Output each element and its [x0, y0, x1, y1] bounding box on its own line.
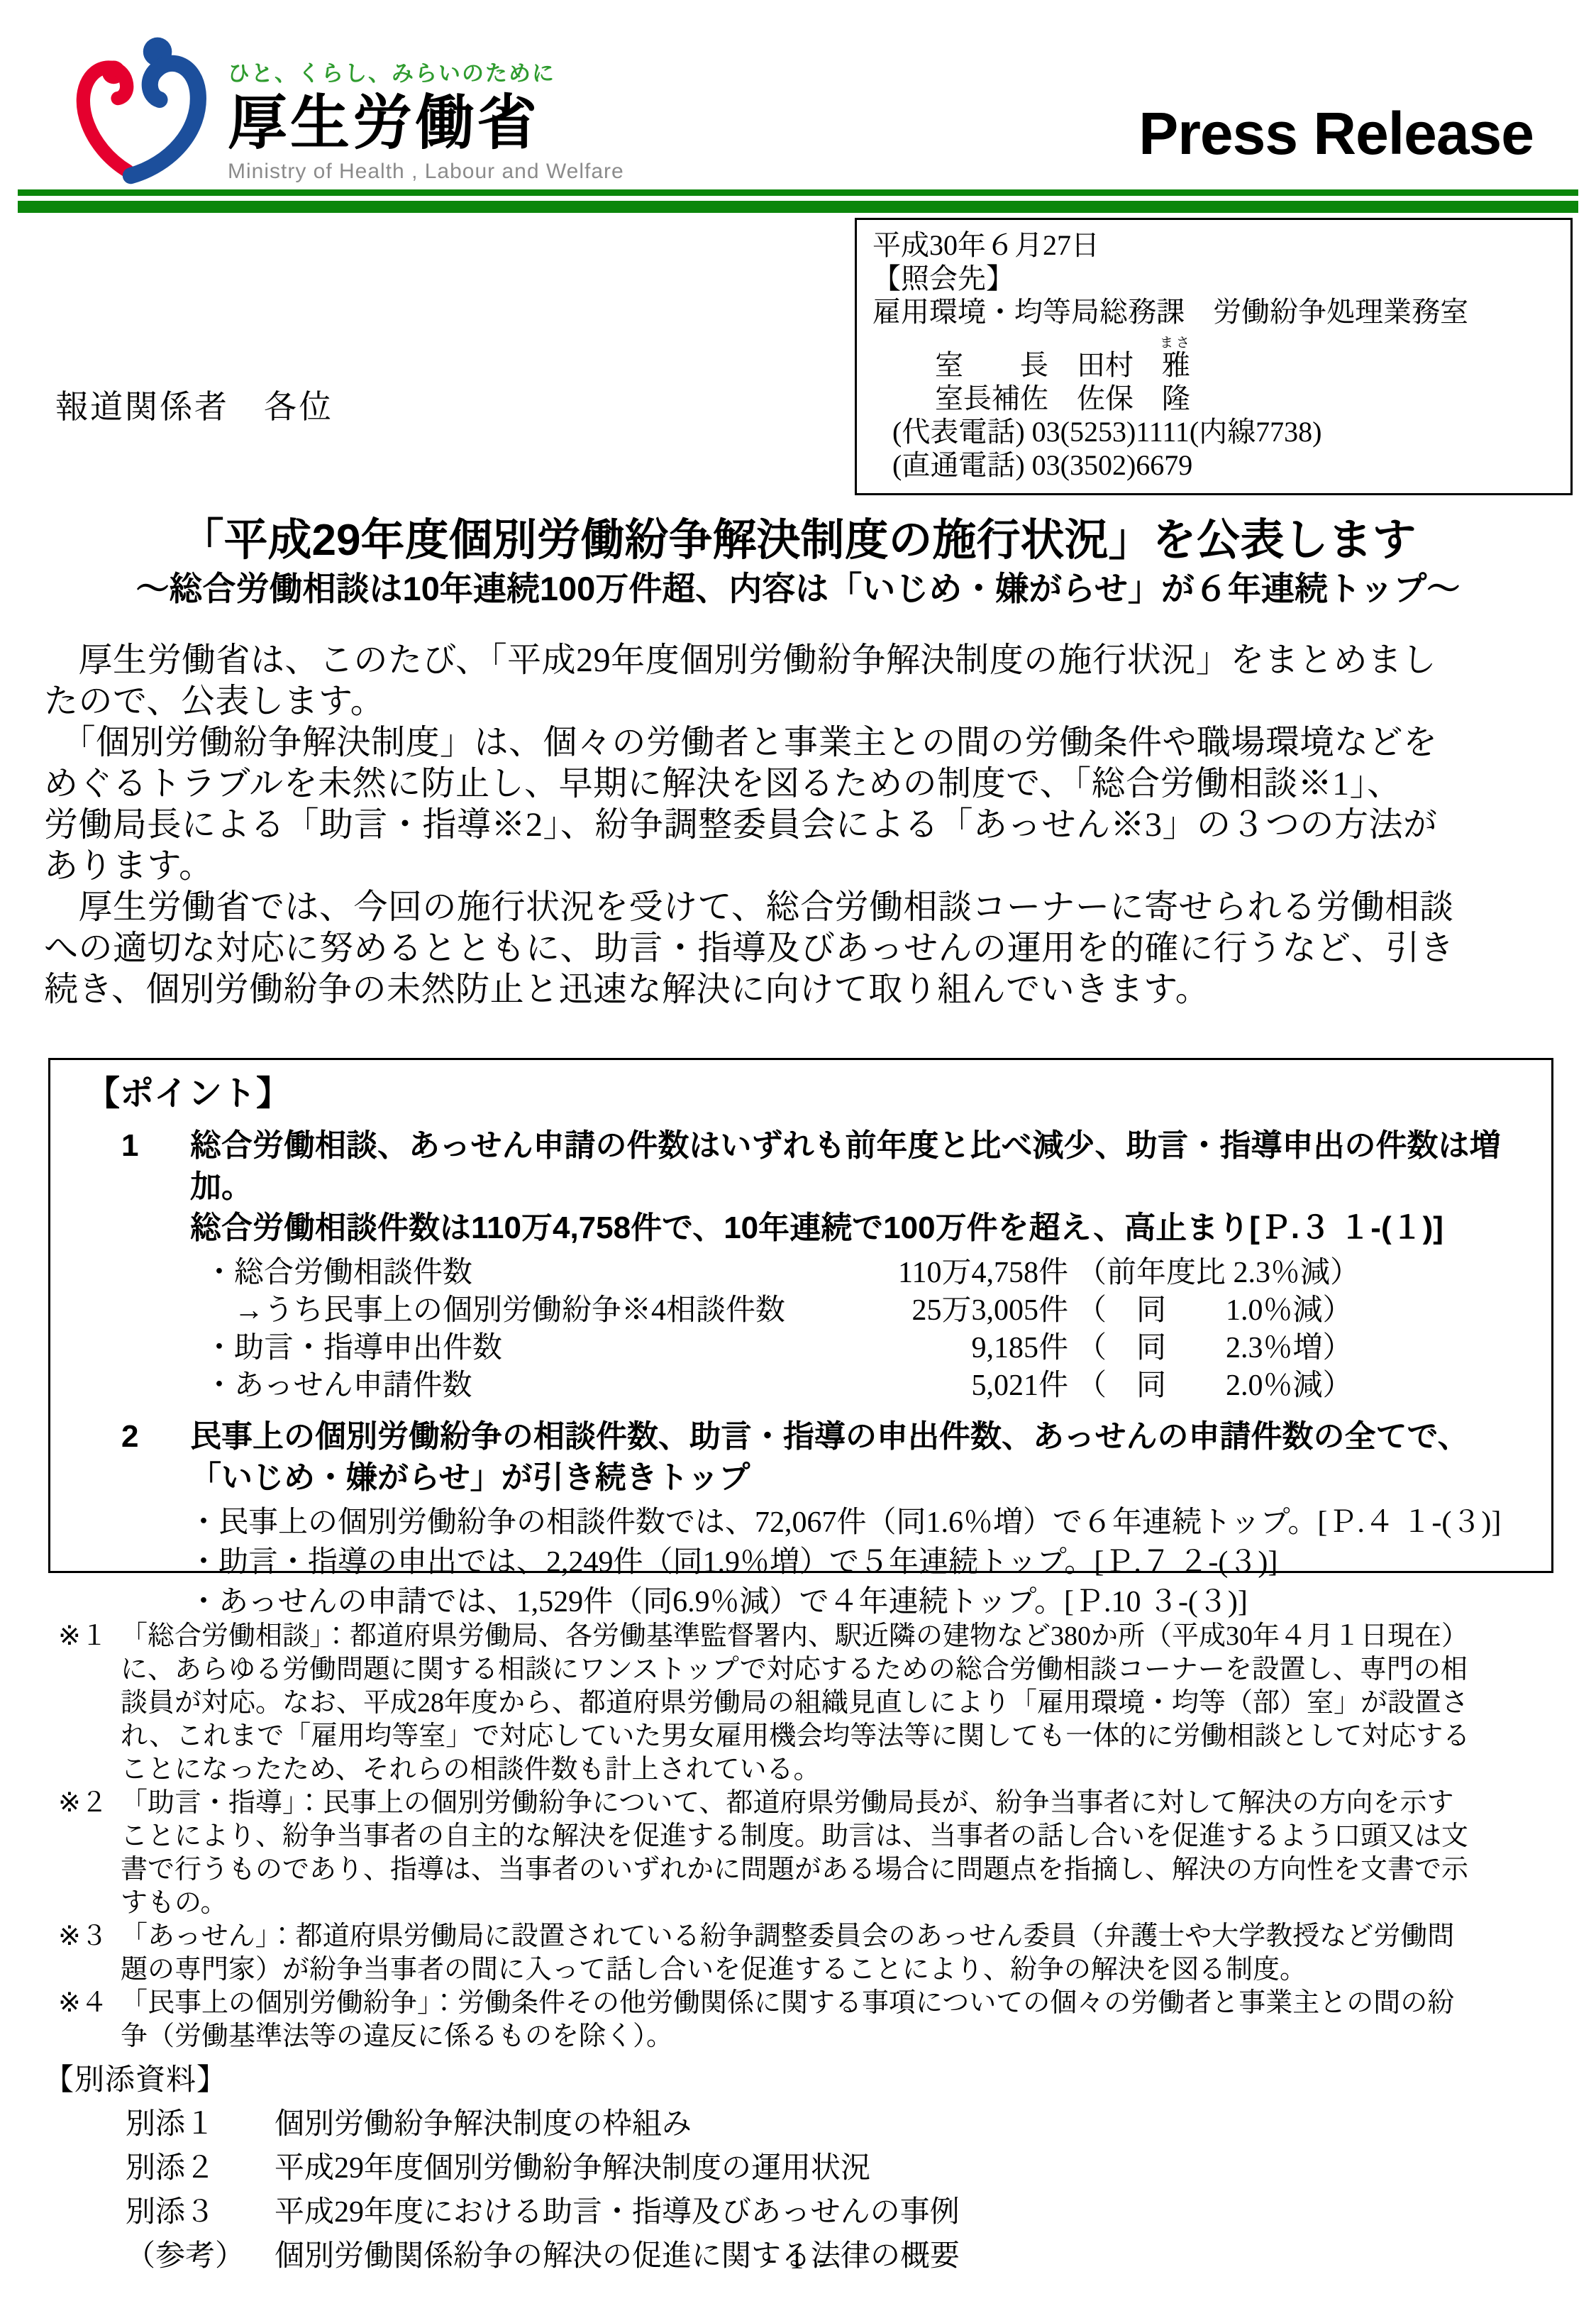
stat-note: （前年度比 2.3％減）: [1077, 1254, 1396, 1292]
header-rule-thin: [18, 189, 1578, 196]
logo-tagline: ひと、くらし、みらいのために: [228, 55, 624, 87]
tel-main-line: (代表電話) 03(5253)1111(内線7738): [892, 415, 1556, 448]
points-heading: 【ポイント】: [86, 1074, 1526, 1114]
press-release-page: ひと、くらし、みらいのために 厚生労働省 Ministry of Health …: [0, 0, 1596, 2306]
mhlw-logo: ひと、くらし、みらいのために 厚生労働省 Ministry of Health …: [60, 27, 624, 192]
tel-main-number: 03(5253)1111(内線7738): [1032, 416, 1322, 448]
director-line: 室 長 田村 雅まさ: [935, 336, 1556, 382]
footnotes: ※１ 「総合労働相談」：都道府県労働局、各労働基準監督署内、駅近隣の建物など38…: [58, 1620, 1524, 2053]
stat-note: （ 同 2.0％減）: [1077, 1367, 1396, 1405]
attachment-label: 別添３: [126, 2194, 245, 2231]
footnote-marker: ※３: [58, 1920, 121, 1987]
director-name-ruby: 雅まさ: [1162, 349, 1192, 381]
tel-direct-number: 03(3502)6679: [1032, 449, 1193, 481]
point-item-2: 2 民事上の個別労働紛争の相談件数、助言・指導の申出件数、あっせんの申請件数の全…: [121, 1416, 1526, 1499]
point-1-number: 1: [121, 1125, 190, 1249]
logo-text: ひと、くらし、みらいのために 厚生労働省 Ministry of Health …: [228, 27, 624, 192]
tel-direct-label: (直通電話): [892, 449, 1025, 481]
attachment-title: 平成29年度個別労働紛争解決制度の運用状況: [275, 2150, 870, 2187]
stat-value: 5,021件: [834, 1367, 1068, 1405]
ministry-name-ja: 厚生労働省: [228, 87, 624, 158]
attachment-label: 別添２: [126, 2150, 245, 2187]
point-2-text: 民事上の個別労働紛争の相談件数、助言・指導の申出件数、あっせんの申請件数の全てで…: [190, 1416, 1526, 1499]
point-2-number: 2: [121, 1416, 190, 1499]
footnote-1: ※１ 「総合労働相談」：都道府県労働局、各労働基準監督署内、駅近隣の建物など38…: [58, 1620, 1524, 1787]
body-paragraph-3: 厚生労働省では、今回の施行状況を受けて、総合労働相談コーナーに寄せられる労働相談…: [44, 887, 1553, 1010]
attachment-label: 別添１: [126, 2106, 245, 2143]
bullet-advice-guidance: ・助言・指導の申出では、2,249件（同1.9％増）で５年連続トップ。[Ｐ.７ …: [189, 1543, 1526, 1582]
division-name: 雇用環境・均等局総務課 労働紛争処理業務室: [872, 295, 1556, 329]
document-subtitle: ～総合労働相談は10年連続100万件超、内容は「いじめ・嫌がらせ」が６年連続トッ…: [0, 569, 1596, 609]
attachment-1: 別添１ 個別労働紛争解決制度の枠組み: [126, 2106, 960, 2143]
attachment-2: 別添２ 平成29年度個別労働紛争解決制度の運用状況: [126, 2150, 960, 2187]
body-text: 厚生労働省は、このたび、「平成29年度個別労働紛争解決制度の施行状況」をまとめま…: [44, 640, 1553, 1010]
attachment-title: 個別労働紛争解決制度の枠組み: [275, 2106, 692, 2143]
attachment-title: 平成29年度における助言・指導及びあっせんの事例: [275, 2194, 960, 2231]
consultation-stats: ・総合労働相談件数 110万4,758件 （前年度比 2.3％減） →うち民事上…: [204, 1254, 1396, 1405]
mhlw-heart-logo-icon: [60, 27, 218, 192]
body-paragraph-1: 厚生労働省は、このたび、「平成29年度個別労働紛争解決制度の施行状況」をまとめま…: [44, 640, 1553, 722]
deputy-title: 室長補佐: [935, 382, 1048, 414]
stat-row-total-consultations: ・総合労働相談件数 110万4,758件 （前年度比 2.3％減）: [204, 1254, 1396, 1292]
stat-row-civil-disputes: →うち民事上の個別労働紛争※4相談件数 25万3,005件 （ 同 1.0％減）: [204, 1292, 1396, 1330]
footnote-text: 「総合労働相談」：都道府県労働局、各労働基準監督署内、駅近隣の建物など380か所…: [121, 1620, 1524, 1787]
director-name-pre: 田村: [1048, 349, 1162, 381]
footnote-text: 「助言・指導」：民事上の個別労働紛争について、都道府県労働局長が、紛争当事者に対…: [121, 1787, 1524, 1920]
stat-value: 9,185件: [834, 1330, 1068, 1367]
release-date: 平成30年６月27日: [872, 228, 1556, 262]
footnote-text: 「あっせん」：都道府県労働局に設置されている紛争調整委員会のあっせん委員（弁護士…: [121, 1920, 1524, 1987]
attachments-heading: 【別添資料】: [44, 2062, 960, 2099]
deputy-line: 室長補佐 佐保 隆: [935, 382, 1556, 415]
footnote-4: ※４ 「民事上の個別労働紛争」：労働条件その他労働関係に関する事項についての個々…: [58, 1987, 1524, 2053]
bullet-civil-disputes: ・民事上の個別労働紛争の相談件数では、72,067件（同1.6％増）で６年連続ト…: [189, 1503, 1526, 1543]
footnote-marker: ※４: [58, 1987, 121, 2053]
footnote-marker: ※１: [58, 1620, 121, 1787]
press-release-label: Press Release: [1138, 99, 1534, 168]
bullet-mediation: ・あっせんの申請では、1,529件（同6.9％減）で４年連続トップ。[Ｐ.10 …: [189, 1582, 1526, 1622]
stat-row-mediation: ・あっせん申請件数 5,021件 （ 同 2.0％減）: [204, 1367, 1396, 1405]
points-box: 【ポイント】 1 総合労働相談、あっせん申請の件数はいずれも前年度と比べ減少、助…: [48, 1058, 1553, 1573]
attachment-3: 別添３ 平成29年度における助言・指導及びあっせんの事例: [126, 2194, 960, 2231]
body-paragraph-2: 「個別労働紛争解決制度」は、個々の労働者と事業主との間の労働条件や職場環境などを…: [44, 722, 1553, 887]
tel-main-label: (代表電話): [892, 416, 1025, 448]
director-title: 室 長: [935, 349, 1048, 381]
stat-label: ・総合労働相談件数: [204, 1254, 834, 1292]
addressee: 報道関係者 各位: [55, 381, 333, 428]
stat-label: →うち民事上の個別労働紛争※4相談件数: [204, 1292, 834, 1330]
tel-direct-line: (直通電話) 03(3502)6679: [892, 448, 1556, 482]
footnote-2: ※２ 「助言・指導」：民事上の個別労働紛争について、都道府県労働局長が、紛争当事…: [58, 1787, 1524, 1920]
contact-info-box: 平成30年６月27日 【照会先】 雇用環境・均等局総務課 労働紛争処理業務室 室…: [855, 218, 1573, 495]
stat-label: ・あっせん申請件数: [204, 1367, 834, 1405]
ministry-name-en: Ministry of Health , Labour and Welfare: [228, 160, 624, 184]
document-title: 「平成29年度個別労働紛争解決制度の施行状況」を公表します: [0, 514, 1596, 568]
stat-note: （ 同 1.0％減）: [1077, 1292, 1396, 1330]
stat-row-advice-guidance: ・助言・指導申出件数 9,185件 （ 同 2.3％増）: [204, 1330, 1396, 1367]
point-item-1: 1 総合労働相談、あっせん申請の件数はいずれも前年度と比べ減少、助言・指導申出の…: [121, 1125, 1526, 1249]
inquiry-label: 【照会先】: [872, 262, 1556, 295]
stat-value: 110万4,758件: [834, 1254, 1068, 1292]
stat-label: ・助言・指導申出件数: [204, 1330, 834, 1367]
stat-value: 25万3,005件: [834, 1292, 1068, 1330]
page-number: - 1 -: [0, 2242, 1596, 2275]
footnote-text: 「民事上の個別労働紛争」：労働条件その他労働関係に関する事項についての個々の労働…: [121, 1987, 1524, 2053]
point-2-bullets: ・民事上の個別労働紛争の相談件数では、72,067件（同1.6％増）で６年連続ト…: [189, 1503, 1526, 1622]
deputy-name: 佐保 隆: [1048, 382, 1190, 414]
stat-note: （ 同 2.3％増）: [1077, 1330, 1396, 1367]
point-1-text: 総合労働相談、あっせん申請の件数はいずれも前年度と比べ減少、助言・指導申出の件数…: [190, 1125, 1526, 1249]
footnote-marker: ※２: [58, 1787, 121, 1920]
footnote-3: ※３ 「あっせん」：都道府県労働局に設置されている紛争調整委員会のあっせん委員（…: [58, 1920, 1524, 1987]
header-rule-thick: [18, 201, 1578, 213]
